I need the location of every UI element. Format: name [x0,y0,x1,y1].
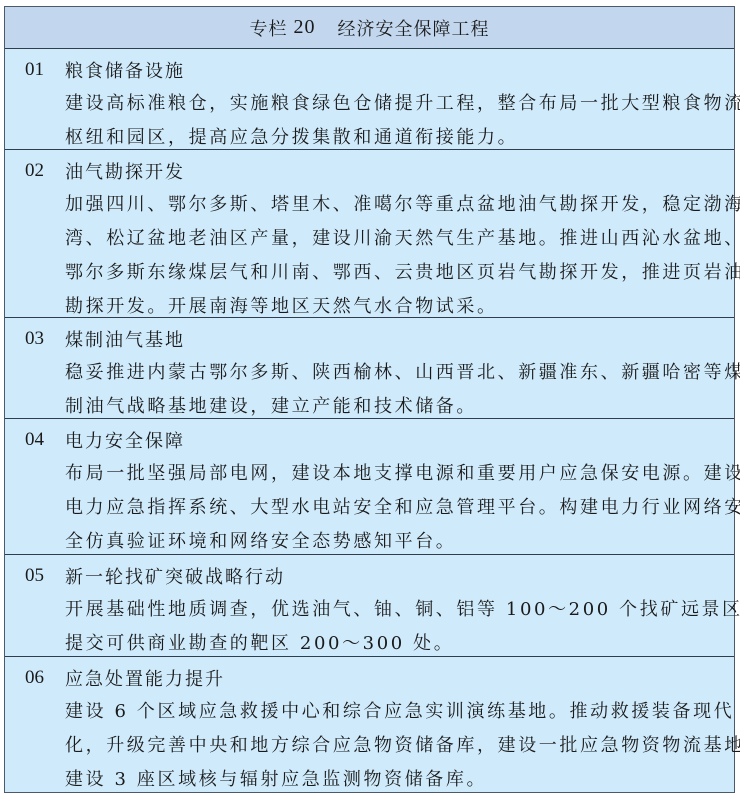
row-title: 煤制油气基地 [65,326,185,352]
row-number: 02 [25,160,65,182]
body-line: 全仿真验证环境和网络安全态势感知平台。 [65,525,724,559]
body-line: 稳妥推进内蒙古鄂尔多斯、陕西榆林、山西晋北、新疆准东、新疆哈密等煤 [65,356,724,390]
row-number: 06 [25,667,65,689]
body-line: 建设高标准粮仓，实施粮食绿色仓储提升工程，整合布局一批大型粮食物流 [65,87,724,121]
row-number: 05 [25,565,65,587]
table-row: 01 粮食储备设施 建设高标准粮仓，实施粮食绿色仓储提升工程，整合布局一批大型粮… [5,49,734,150]
body-line: 开展基础性地质调查，优选油气、铀、铜、铝等 100～200 个找矿远景区， [65,593,724,627]
body-line: 建设 6 个区域应急救援中心和综合应急实训演练基地。推动救援装备现代 [65,695,724,729]
row-title: 油气勘探开发 [65,158,185,184]
header-title: 经济安全保障工程 [338,15,490,41]
body-line: 提交可供商业勘查的靶区 200～300 处。 [65,627,724,661]
row-number: 04 [25,429,65,451]
row-number: 01 [25,59,65,81]
table-row: 04 电力安全保障 布局一批坚强局部电网，建设本地支撑电源和重要用户应急保安电源… [5,419,734,555]
row-body: 加强四川、鄂尔多斯、塔里木、准噶尔等重点盆地油气勘探开发，稳定渤海 湾、松辽盆地… [65,188,724,324]
row-number: 03 [25,328,65,350]
row-title: 应急处置能力提升 [65,665,225,691]
body-line: 电力应急指挥系统、大型水电站安全和应急管理平台。构建电力行业网络安 [65,491,724,525]
row-title: 粮食储备设施 [65,57,185,83]
special-column-table: 专栏 20 经济安全保障工程 01 粮食储备设施 建设高标准粮仓，实施粮食绿色仓… [4,6,735,793]
row-title: 新一轮找矿突破战略行动 [65,563,285,589]
table-row: 06 应急处置能力提升 建设 6 个区域应急救援中心和综合应急实训演练基地。推动… [5,657,734,792]
body-line: 建设 3 座区域核与辐射应急监测物资储备库。 [65,763,724,797]
row-body: 建设高标准粮仓，实施粮食绿色仓储提升工程，整合布局一批大型粮食物流 枢纽和园区，… [65,87,724,155]
table-row: 02 油气勘探开发 加强四川、鄂尔多斯、塔里木、准噶尔等重点盆地油气勘探开发，稳… [5,150,734,318]
row-body: 稳妥推进内蒙古鄂尔多斯、陕西榆林、山西晋北、新疆准东、新疆哈密等煤 制油气战略基… [65,356,724,424]
table-row: 05 新一轮找矿突破战略行动 开展基础性地质调查，优选油气、铀、铜、铝等 100… [5,555,734,657]
row-body: 建设 6 个区域应急救援中心和综合应急实训演练基地。推动救援装备现代 化，升级完… [65,695,724,797]
row-body: 布局一批坚强局部电网，建设本地支撑电源和重要用户应急保安电源。建设 电力应急指挥… [65,457,724,559]
body-line: 化，升级完善中央和地方综合应急物资储备库，建设一批应急物资物流基地。 [65,729,724,763]
body-line: 湾、松辽盆地老油区产量，建设川渝天然气生产基地。推进山西沁水盆地、 [65,222,724,256]
header-number: 20 [294,16,316,39]
body-line: 鄂尔多斯东缘煤层气和川南、鄂西、云贵地区页岩气勘探开发，推进页岩油 [65,256,724,290]
header-prefix: 专栏 [250,15,288,41]
table-header: 专栏 20 经济安全保障工程 [5,7,734,49]
body-line: 布局一批坚强局部电网，建设本地支撑电源和重要用户应急保安电源。建设 [65,457,724,491]
row-title: 电力安全保障 [65,427,185,453]
body-line: 加强四川、鄂尔多斯、塔里木、准噶尔等重点盆地油气勘探开发，稳定渤海 [65,188,724,222]
row-body: 开展基础性地质调查，优选油气、铀、铜、铝等 100～200 个找矿远景区， 提交… [65,593,724,661]
table-row: 03 煤制油气基地 稳妥推进内蒙古鄂尔多斯、陕西榆林、山西晋北、新疆准东、新疆哈… [5,318,734,419]
